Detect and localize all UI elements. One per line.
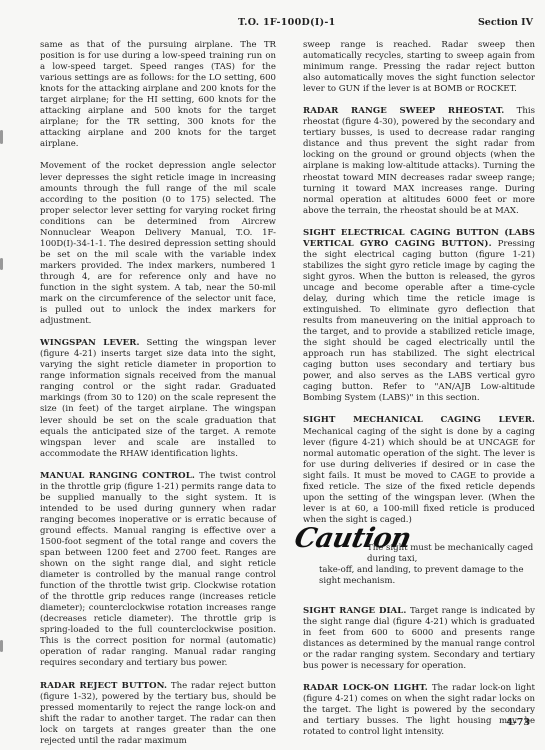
page-header: T.O. 1F-100D(I)-1 Section IV xyxy=(0,17,545,31)
section-label: Section IV xyxy=(478,17,533,28)
doc-number: T.O. 1F-100D(I)-1 xyxy=(238,17,336,28)
right-column: sweep range is reached. Radar sweep then… xyxy=(303,40,535,749)
paragraph-manual-ranging-control: MANUAL RANGING CONTROL. The twist contro… xyxy=(40,471,276,670)
paragraph: Movement of the rocket depression angle … xyxy=(40,161,276,327)
caution-text-line1: The sight must be mechanically caged dur… xyxy=(367,543,537,565)
heading: RADAR REJECT BUTTON. xyxy=(40,681,167,691)
heading: RADAR LOCK-ON LIGHT. xyxy=(303,683,428,693)
binding-mark xyxy=(0,640,3,652)
heading: SIGHT RANGE DIAL. xyxy=(303,606,406,616)
caution-text-line2: take-off, and landing, to prevent damage… xyxy=(319,565,539,587)
heading: WINGSPAN LEVER. xyxy=(40,338,140,348)
paragraph-radar-range-sweep-rheostat: RADAR RANGE SWEEP RHEOSTAT. This rheosta… xyxy=(303,106,535,216)
paragraph-sight-range-dial: SIGHT RANGE DIAL. Target range is indica… xyxy=(303,606,535,672)
heading: MANUAL RANGING CONTROL. xyxy=(40,471,195,481)
caution-block: Caution The sight must be mechanically c… xyxy=(303,537,535,597)
heading: SIGHT MECHANICAL CAGING LEVER. xyxy=(303,415,535,425)
paragraph: sweep range is reached. Radar sweep then… xyxy=(303,40,535,95)
binding-mark xyxy=(0,130,3,144)
page-number: 4-73 xyxy=(506,717,530,728)
paragraph-wingspan-lever: WINGSPAN LEVER. Setting the wingspan lev… xyxy=(40,338,276,460)
paragraph-radar-lock-on-light: RADAR LOCK-ON LIGHT. The radar lock-on l… xyxy=(303,683,535,738)
paragraph-radar-reject-button: RADAR REJECT BUTTON. The radar reject bu… xyxy=(40,681,276,747)
paragraph-sight-mechanical-caging-lever: SIGHT MECHANICAL CAGING LEVER. Mechanica… xyxy=(303,415,535,525)
binding-mark xyxy=(0,258,3,270)
left-column: same as that of the pursuing airplane. T… xyxy=(40,40,276,750)
heading: RADAR RANGE SWEEP RHEOSTAT. xyxy=(303,106,504,116)
paragraph-sight-electrical-caging-button: SIGHT ELECTRICAL CAGING BUTTON (LABS VER… xyxy=(303,228,535,405)
paragraph: same as that of the pursuing airplane. T… xyxy=(40,40,276,150)
